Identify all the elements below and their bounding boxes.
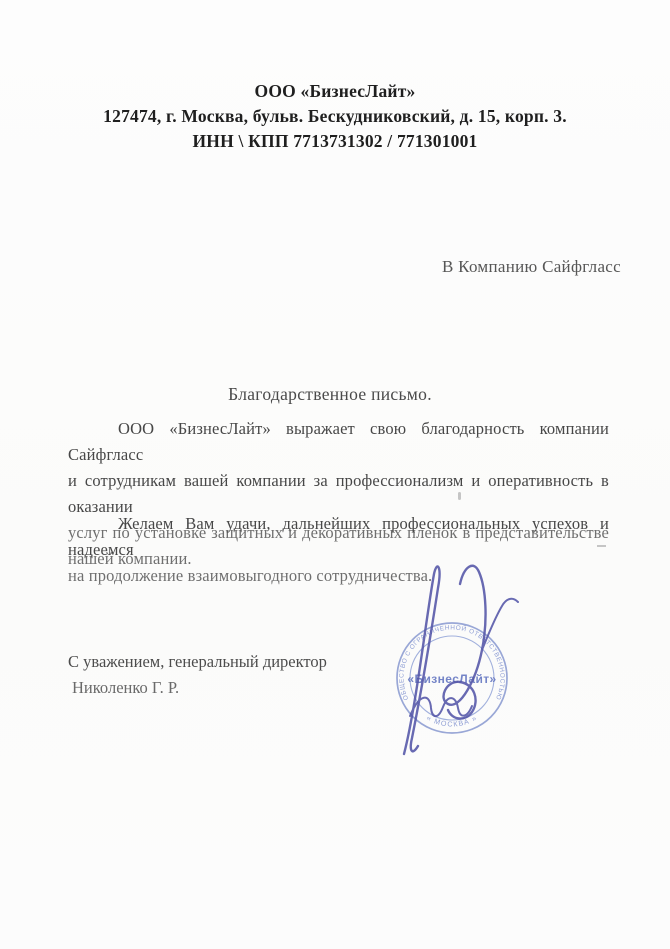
company-stamp: ОБЩЕСТВО С ОГРАНИЧЕННОЙ ОТВЕТСТВЕННОСТЬЮ… <box>360 558 560 778</box>
company-name: ООО «БизнесЛайт» <box>0 79 670 104</box>
letter-title: Благодарственное письмо. <box>0 384 660 405</box>
letterhead: ООО «БизнесЛайт» 127474, г. Москва, буль… <box>0 79 670 154</box>
recipient-line: В Компанию Сайфгласс <box>442 257 621 277</box>
company-address: 127474, г. Москва, бульв. Бескудниковски… <box>0 104 670 129</box>
paragraph-line: ООО «БизнесЛайт» выражает свою благодарн… <box>68 416 609 468</box>
signoff-block: С уважением, генеральный директор Николе… <box>68 649 327 701</box>
signoff-name: Николенко Г. Р. <box>68 675 327 701</box>
scanned-letter-page: ООО «БизнесЛайт» 127474, г. Москва, буль… <box>0 0 670 949</box>
stamp-ring-text-top: ОБЩЕСТВО С ОГРАНИЧЕННОЙ ОТВЕТСТВЕННОСТЬЮ <box>398 623 505 701</box>
scan-artifact <box>458 492 461 500</box>
scan-artifact <box>597 545 606 547</box>
signoff-role: С уважением, генеральный директор <box>68 649 327 675</box>
paragraph-line: Желаем Вам удачи, дальнейших профессиона… <box>68 511 609 563</box>
stamp-signature-area: ОБЩЕСТВО С ОГРАНИЧЕННОЙ ОТВЕТСТВЕННОСТЬЮ… <box>360 558 560 778</box>
company-inn-kpp: ИНН \ КПП 7713731302 / 771301001 <box>0 129 670 154</box>
